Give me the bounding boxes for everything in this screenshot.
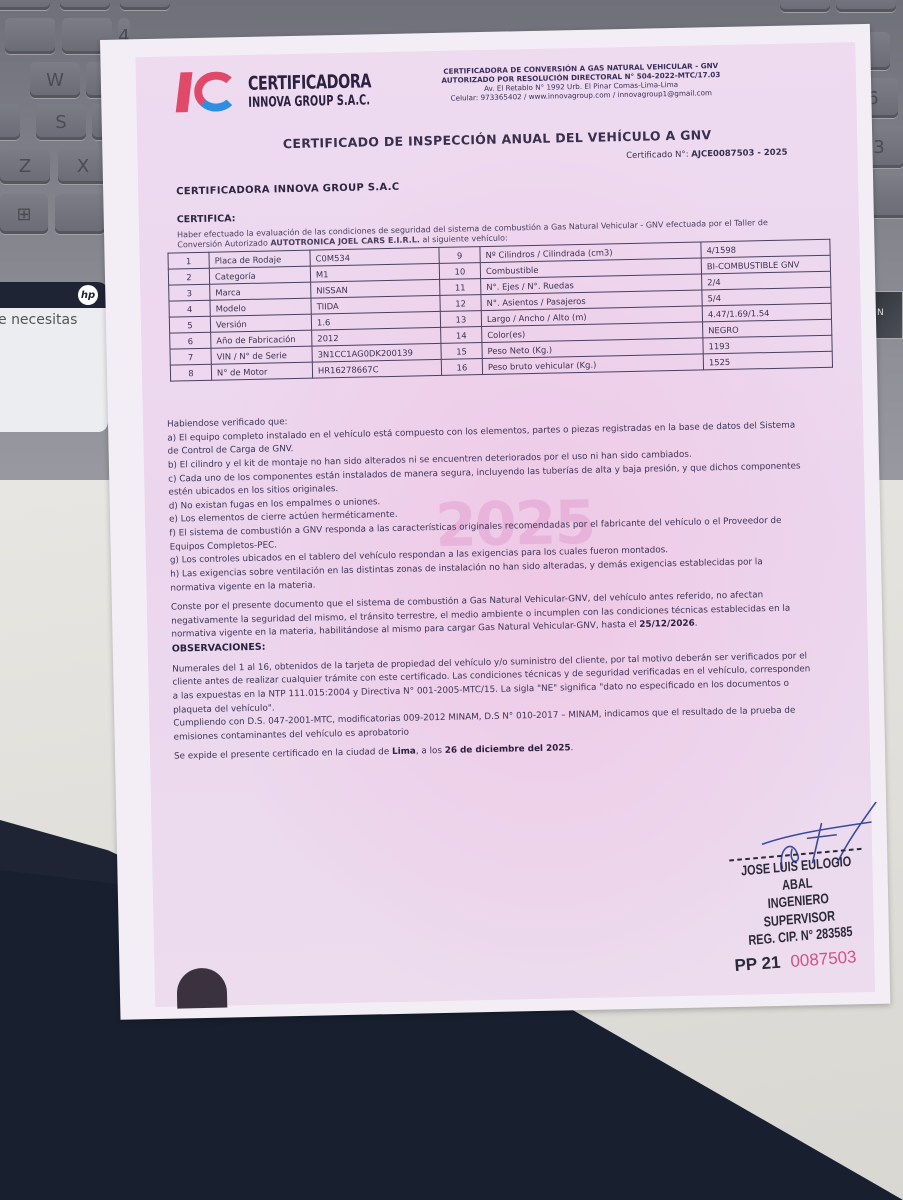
- row-number: 13: [440, 311, 481, 328]
- company-name: CERTIFICADORA INNOVA GROUP S.A.C: [176, 182, 399, 198]
- key-z: Z: [0, 148, 50, 184]
- certifica-heading: CERTIFICA:: [177, 213, 236, 225]
- row-number: 10: [439, 263, 480, 280]
- hp-logo: hp: [78, 285, 98, 305]
- row-number: 12: [440, 295, 481, 312]
- certificate-sheet: 2025 CERTIFICADORA INNOVA GROUP S.A.C. C…: [135, 42, 875, 1007]
- certificate-body: Habiendose verificado que: a) El equipo …: [167, 405, 814, 764]
- row-number: 6: [170, 332, 211, 349]
- row-number: 16: [441, 359, 482, 376]
- key-x: X: [58, 148, 108, 184]
- row-number: 15: [441, 343, 482, 360]
- verification-list: a) El equipo completo instalado en el ve…: [167, 419, 810, 596]
- vehicle-data-table: 1Placa de RodajeC0M5349Nº Cilindros / Ci…: [167, 239, 833, 382]
- hp-product-box: hp e necesitas: [0, 282, 108, 432]
- row-number: 1: [168, 252, 209, 269]
- row-number: 4: [169, 300, 210, 317]
- punch-hole: [176, 968, 227, 1009]
- certificate-number: Certificado N°: AJCE0087503 - 2025: [626, 148, 788, 161]
- certificate-paper: 2025 CERTIFICADORA INNOVA GROUP S.A.C. C…: [100, 24, 890, 1020]
- row-number: 7: [170, 348, 211, 365]
- row-number: 8: [170, 364, 211, 381]
- row-value: 1525: [703, 351, 832, 370]
- logo-line2: INNOVA GROUP S.A.C.: [248, 93, 370, 110]
- key-windows: ⊞: [0, 194, 48, 234]
- logo-line1: CERTIFICADORA: [248, 72, 379, 94]
- ig-logo-icon: [176, 69, 245, 116]
- row-label: Peso bruto vehicular (Kg.): [482, 354, 703, 375]
- company-logo: CERTIFICADORA INNOVA GROUP S.A.C.: [176, 65, 423, 116]
- header-info: CERTIFICADORA DE CONVERSIÓN A GAS NATURA…: [406, 60, 757, 103]
- row-number: 14: [441, 327, 482, 344]
- signature-block: JOSE LUIS EULOGIO ABAL INGENIERO SUPERVI…: [729, 848, 867, 951]
- row-label: N° de Motor: [211, 362, 312, 380]
- key-s: S: [36, 104, 86, 140]
- serial-number: PP 210087503: [734, 947, 857, 976]
- row-number: 3: [169, 284, 210, 301]
- row-number: 5: [169, 316, 210, 333]
- row-number: 2: [168, 268, 209, 285]
- row-number: 9: [439, 247, 480, 264]
- row-value: HR16278667C: [312, 359, 441, 378]
- row-number: 11: [440, 279, 481, 296]
- hp-box-text: e necesitas: [0, 308, 108, 332]
- key-w: W: [30, 62, 80, 98]
